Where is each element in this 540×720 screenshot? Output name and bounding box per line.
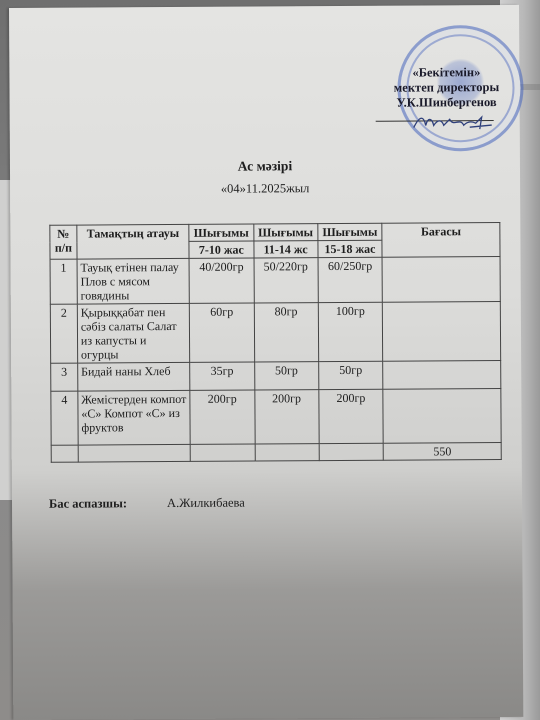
approval-title: «Бекітемін»: [381, 65, 511, 81]
approval-director-name: У.К.Шинбергенов: [382, 95, 512, 111]
yield-15-18: 60/250гр: [318, 257, 383, 302]
price: [382, 302, 500, 362]
header-yield-1: Шығымы: [189, 224, 253, 241]
yield-15-18: 50гр: [319, 361, 383, 389]
yield-15-18: 100гр: [318, 302, 383, 361]
empty-cell: [255, 444, 319, 461]
yield-11-14: 80гр: [254, 303, 319, 362]
yield-7-10: 35гр: [190, 362, 254, 390]
header-yield-3: Шығымы: [318, 223, 382, 240]
chef-name: А.Жилкибаева: [167, 496, 245, 511]
empty-cell: [319, 443, 383, 460]
approval-position: мектеп директоры: [381, 80, 511, 96]
header-number: № п/п: [50, 225, 77, 259]
table-row: 2 Қырыққабат пен сәбіз салаты Салат из к…: [50, 302, 500, 364]
menu-table: № п/п Тамақтың атауы Шығымы Шығымы Шығым…: [49, 222, 501, 463]
row-number: 3: [51, 363, 78, 391]
yield-7-10: 40/200гр: [189, 258, 254, 303]
dish-name: Бидай наны Хлеб: [78, 362, 190, 391]
yield-11-14: 50/220гр: [254, 258, 319, 303]
table-row: 3 Бидай наны Хлеб 35гр 50гр 50гр: [51, 361, 501, 392]
page-title: Ас мәзірі: [10, 157, 520, 176]
table-row: 1 Тауық етінен палау Плов с мясом говяди…: [50, 257, 500, 305]
price: [383, 361, 501, 390]
total-row: 550: [51, 443, 501, 463]
header-age-11-14: 11-14 жс: [253, 241, 317, 258]
header-price: Бағасы: [382, 223, 500, 258]
chef-label: Бас аспазшы:: [49, 496, 127, 510]
header-age-15-18: 15-18 жас: [318, 240, 382, 257]
row-number: 2: [50, 304, 77, 363]
empty-cell: [78, 444, 190, 462]
signature-icon: [410, 113, 494, 132]
empty-cell: [190, 444, 254, 461]
row-number: 1: [50, 259, 77, 304]
dish-name: Жемістерден компот «С» Компот «С» из фру…: [78, 390, 191, 445]
yield-7-10: 200гр: [190, 390, 255, 444]
header-yield-2: Шығымы: [253, 224, 317, 241]
dish-name: Қырыққабат пен сәбіз салаты Салат из кап…: [77, 303, 190, 363]
yield-11-14: 200гр: [254, 390, 319, 444]
total-price: 550: [383, 443, 501, 461]
menu-date: «04»11.2025жыл: [10, 180, 520, 198]
dish-name: Тауық етінен палау Плов с мясом говядины: [77, 258, 190, 304]
table-row: 4 Жемістерден компот «С» Компот «С» из ф…: [51, 389, 501, 446]
yield-11-14: 50гр: [254, 362, 318, 390]
price: [382, 257, 500, 303]
price: [383, 389, 501, 444]
header-age-7-10: 7-10 жас: [189, 241, 253, 258]
row-number: 4: [51, 391, 78, 445]
menu-document: «Бекітемін» мектеп директоры У.К.Шинберг…: [9, 5, 523, 720]
yield-15-18: 200гр: [319, 389, 384, 443]
header-dish-name: Тамақтың атауы: [77, 224, 190, 259]
empty-cell: [51, 445, 78, 462]
chef-signature-block: Бас аспазшы: А.Жилкибаева: [49, 496, 127, 511]
yield-7-10: 60гр: [189, 303, 254, 362]
